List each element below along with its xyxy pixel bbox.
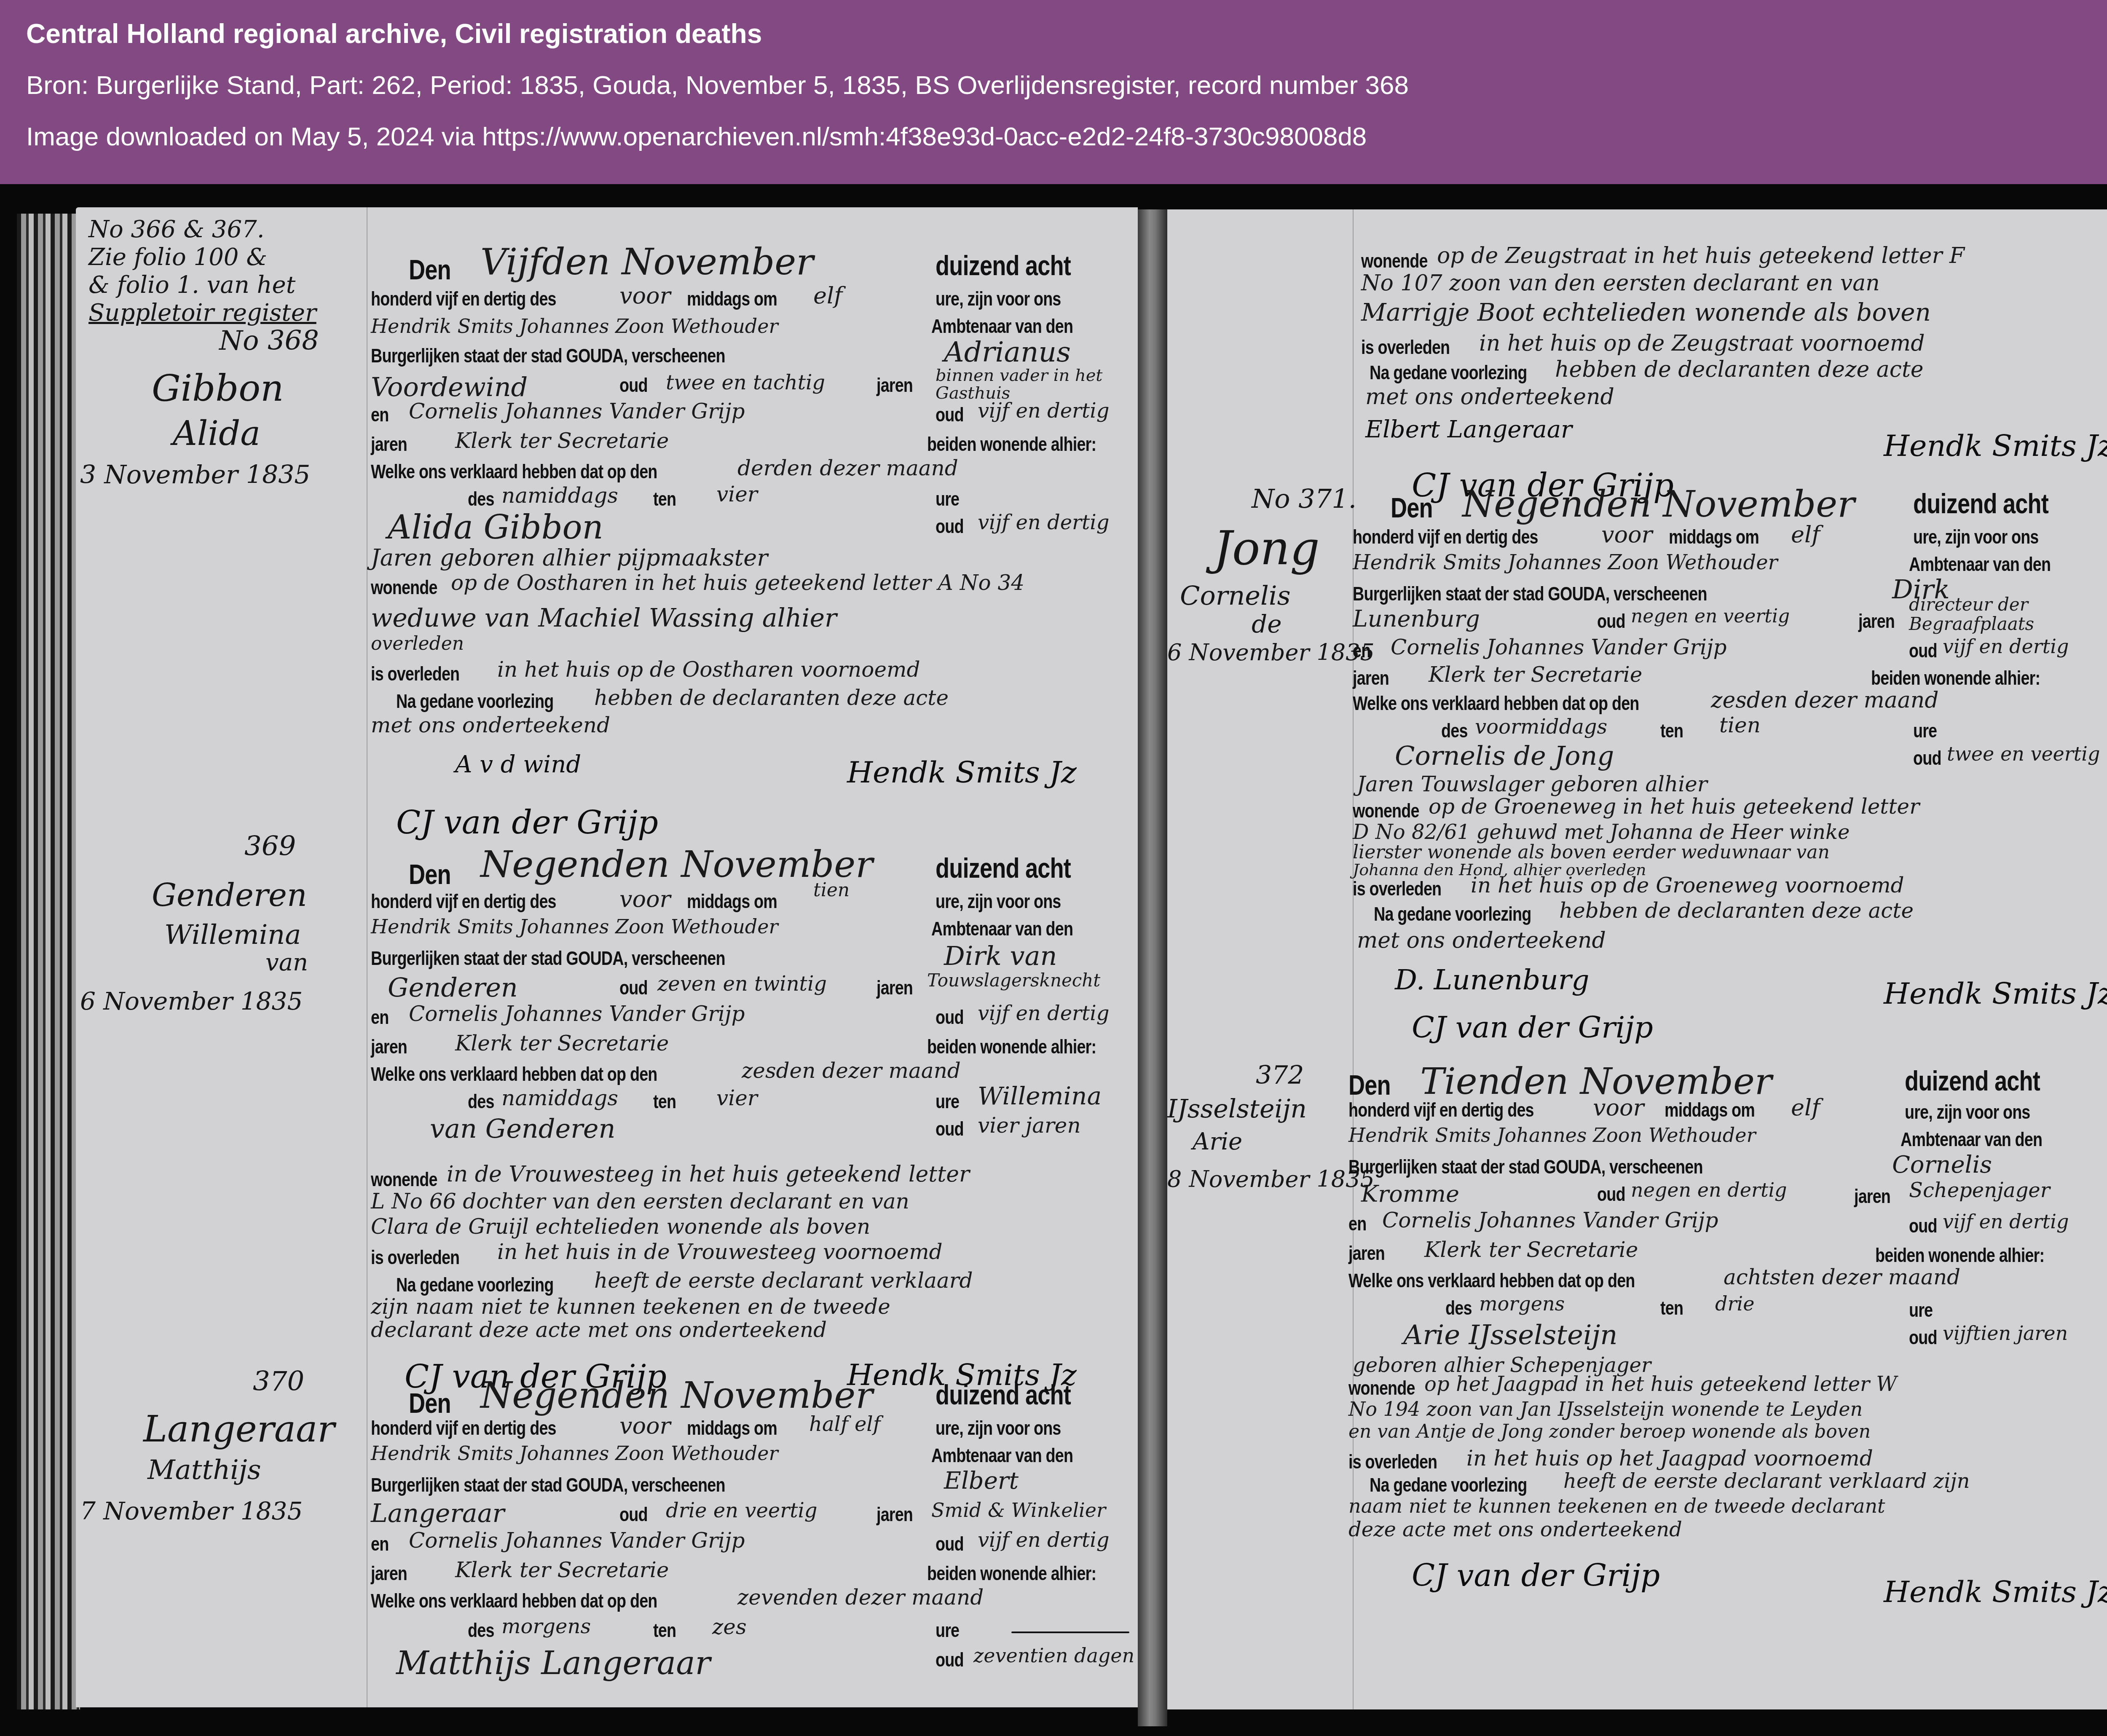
declarant1-surname: Genderen <box>388 972 518 1003</box>
form-text: oud <box>1909 639 1937 662</box>
form-text: Burgerlijken staat der stad GOUDA, versc… <box>371 947 725 970</box>
death-hour: drie <box>1715 1292 1754 1315</box>
margin-date: 7 November 1835 <box>80 1497 303 1525</box>
death-dagdeel: namiddags <box>501 1086 618 1110</box>
declarant1-occupation: binnen vader in het Gasthuis <box>936 367 1125 402</box>
form-text: Na gedane voorlezing <box>1370 361 1527 384</box>
form-text: wonende <box>371 1168 437 1191</box>
act-dagdeel: voor <box>619 886 670 912</box>
closing-text: hebben de declaranten deze acte <box>594 686 949 710</box>
form-text: ure <box>1909 1299 1933 1321</box>
record-number: 370 <box>253 1366 304 1397</box>
closing-text-2: met ons onderteekend <box>371 713 610 737</box>
margin-rule <box>367 207 367 1707</box>
download-note: Image downloaded on May 5, 2024 via http… <box>26 124 2107 150</box>
act-day: Negenden November <box>480 1374 873 1417</box>
form-text: ure, zijn voor ons <box>936 890 1061 913</box>
form-text: honderd vijf en dertig des <box>371 890 556 913</box>
form-text: en <box>1353 639 1370 662</box>
act-day: Vijfden November <box>480 241 813 283</box>
margin-given-name: Willemina <box>164 919 301 951</box>
form-text: Burgerlijken staat der stad GOUDA, versc… <box>371 344 725 367</box>
left-page-edges <box>17 214 80 1709</box>
declarant2-name: Cornelis Johannes Vander Grijp <box>1382 1208 1718 1232</box>
form-duizend-acht: duizend acht <box>936 852 1071 884</box>
declarant2-name: Cornelis Johannes Vander Grijp <box>1391 635 1727 659</box>
form-den: Den <box>1348 1069 1391 1101</box>
form-text: ure, zijn voor ons <box>1905 1101 2030 1123</box>
form-text: oud <box>619 976 648 999</box>
form-text: Welke ons verklaard hebben dat op den <box>371 460 657 483</box>
declarant2-occupation: Klerk ter Secretarie <box>1424 1238 1638 1262</box>
declarant1-name: Elbert <box>944 1467 1019 1495</box>
deceased-details: Jaren geboren alhier pijpmaakster <box>371 544 768 571</box>
margin-given-name: Cornelis <box>1180 580 1291 611</box>
form-text: Ambtenaar van den <box>1901 1128 2042 1151</box>
form-text: beiden wonende alhier: <box>1871 667 2040 689</box>
death-dagdeel: namiddags <box>501 483 618 508</box>
closing-text-2: naam niet te kunnen teekenen en de tweed… <box>1348 1495 1885 1517</box>
form-text: ure, zijn voor ons <box>936 1417 1061 1439</box>
form-text: middags om <box>687 1417 777 1439</box>
deceased-details: Jaren Touwslager geboren alhier <box>1357 772 1708 796</box>
right-page: 74 fl wonende op de Zeugstraat in het hu… <box>1167 209 2107 1709</box>
residence: op de Oostharen in het huis geteekend le… <box>451 571 1024 595</box>
form-text: honderd vijf en dertig des <box>371 1417 556 1439</box>
form-text: Na gedane voorlezing <box>396 690 553 713</box>
declarant1-age: drie en veertig <box>666 1499 818 1522</box>
form-text: wonende <box>1353 799 1419 822</box>
signature-clerk: CJ van der Grijp <box>1412 1010 1653 1045</box>
form-text: honderd vijf en dertig des <box>371 287 556 310</box>
form-den: Den <box>409 1387 451 1419</box>
form-den: Den <box>409 254 451 286</box>
declarant1-name: Dirk van <box>944 940 1057 971</box>
declarant1-occupation: Schepenjager <box>1909 1179 2050 1202</box>
declarant1-surname: Voordewind <box>371 372 528 402</box>
form-text: des <box>1441 719 1468 742</box>
form-text: jaren <box>1348 1242 1385 1264</box>
declarant2-age: vijf en dertig <box>978 1528 1109 1552</box>
form-duizend-acht: duizend acht <box>936 249 1071 281</box>
declarant1-surname: Langeraar <box>371 1499 504 1528</box>
form-text: des <box>468 488 494 510</box>
form-text: is overleden <box>1348 1450 1437 1473</box>
signature-declarant: D. Lunenburg <box>1395 964 1589 996</box>
form-text: jaren <box>1353 667 1389 689</box>
death-place: in het huis op het Jaagpad voornoemd <box>1466 1446 1873 1471</box>
record-number: 369 <box>244 831 296 862</box>
source-citation: Bron: Burgerlijke Stand, Part: 262, Peri… <box>26 72 2107 99</box>
form-text: ure, zijn voor ons <box>1913 525 2039 548</box>
form-text: ten <box>1660 1297 1683 1319</box>
residence: op de Groeneweg in het huis geteekend le… <box>1429 794 1919 819</box>
form-duizend-acht: duizend acht <box>936 1379 1071 1411</box>
form-text: jaren <box>1854 1185 1890 1208</box>
record-number: No 368 <box>219 325 319 356</box>
death-place: in het huis in de Vrouwesteeg voornoemd <box>497 1240 943 1264</box>
note-line: No 366 & 367. <box>88 216 316 244</box>
margin-surname: Jong <box>1214 521 1320 575</box>
record-number: 372 <box>1256 1061 1304 1090</box>
deceased-age: zeventien dagen <box>973 1644 1134 1667</box>
death-day: zevenden dezer maand <box>737 1585 984 1610</box>
official-name: Hendrik Smits Johannes Zoon Wethouder <box>371 915 778 938</box>
act-dagdeel: voor <box>1601 521 1652 548</box>
declarant1-occupation: directeur der Begraafplaats <box>1909 595 2103 634</box>
form-text: is overleden <box>1353 877 1441 900</box>
form-text: beiden wonende alhier: <box>927 1562 1096 1585</box>
official-name: Hendrik Smits Johannes Zoon Wethouder <box>1353 551 1778 574</box>
parent-line: L No 66 dochter van den eersten declaran… <box>371 1189 909 1214</box>
closing-text: heeft de eerste declarant verklaard zijn <box>1563 1469 1970 1493</box>
closing-text: hebben de declaranten deze acte <box>1559 898 1914 923</box>
form-text: beiden wonende alhier: <box>927 433 1096 455</box>
form-text: Burgerlijken staat der stad GOUDA, versc… <box>371 1473 725 1496</box>
death-hour: zes <box>712 1615 747 1639</box>
declarant1-age: negen en veertig <box>1631 605 1790 627</box>
death-dagdeel: morgens <box>501 1615 591 1638</box>
declarant1-surname: Kromme <box>1361 1181 1459 1207</box>
deceased-name: Alida Gibbon <box>388 509 603 547</box>
closing-text-2: zijn naam niet te kunnen teekenen en de … <box>371 1294 890 1319</box>
death-hour: vier <box>716 1086 758 1110</box>
form-text: en <box>371 1006 389 1029</box>
form-text: Burgerlijken staat der stad GOUDA, versc… <box>1348 1155 1703 1178</box>
form-text: des <box>468 1619 494 1642</box>
deceased-name: Matthijs Langeraar <box>396 1644 710 1682</box>
declarant2-occupation: Klerk ter Secretarie <box>455 1558 669 1582</box>
signature-official: Hendk Smits Jz <box>1884 1575 2107 1609</box>
margin-van: van <box>265 949 308 976</box>
form-text: middags om <box>1669 525 1759 548</box>
form-text: en <box>1348 1212 1366 1235</box>
form-text: oud <box>936 1006 964 1029</box>
form-text: ure <box>1913 719 1937 742</box>
deceased-name: van Genderen <box>430 1113 615 1144</box>
spouse-line: weduwe van Machiel Wassing alhier <box>371 603 837 633</box>
parent-line-2: Clara de Gruijl echtelieden wonende als … <box>371 1214 870 1239</box>
supplement-note: No 366 & 367. Zie folio 100 & & folio 1.… <box>88 216 316 327</box>
margin-date: 8 November 1835 <box>1167 1166 1375 1192</box>
declarant2-age: vijf en dertig <box>1943 635 2069 658</box>
form-text: jaren <box>1858 610 1895 632</box>
spouse-line-2: lierster wonende als boven eerder weduwn… <box>1353 841 1830 863</box>
closing-text-2: met ons onderteekend <box>1357 928 1606 953</box>
signature-official: Hendk Smits Jz <box>847 755 1077 790</box>
form-text: en <box>371 403 389 426</box>
form-text: des <box>1445 1297 1472 1319</box>
official-name: Hendrik Smits Johannes Zoon Wethouder <box>371 315 778 338</box>
declarant2-age: vijf en dertig <box>978 399 1109 423</box>
declarant1-occupation: Smid & Winkelier <box>931 1499 1106 1522</box>
form-text: Burgerlijken staat der stad GOUDA, versc… <box>1353 582 1707 605</box>
declarant2-name: Cornelis Johannes Vander Grijp <box>409 1002 745 1026</box>
declarant1-name: Cornelis <box>1892 1151 1992 1179</box>
margin-de: de <box>1252 610 1281 638</box>
form-text: Ambtenaar van den <box>931 1444 1073 1467</box>
form-text: Ambtenaar van den <box>931 315 1073 338</box>
form-text: oud <box>936 515 964 538</box>
form-text: oud <box>936 1117 964 1140</box>
form-text: Welke ons verklaard hebben dat op den <box>371 1589 657 1612</box>
margin-date: 6 November 1835 <box>80 987 303 1015</box>
spouse-line-2: overleden <box>371 633 464 654</box>
blank-dash <box>1011 1632 1129 1633</box>
margin-date: 6 November 1835 <box>1167 639 1375 666</box>
form-text: beiden wonende alhier: <box>1875 1244 2044 1267</box>
form-duizend-acht: duizend acht <box>1913 488 2048 520</box>
deceased-name: Arie IJsselsteijn <box>1403 1320 1617 1351</box>
death-place: in het huis op de Zeugstraat voornoemd <box>1479 331 1925 356</box>
form-text: oud <box>1597 610 1625 632</box>
death-place: in het huis op de Oostharen voornoemd <box>497 657 920 682</box>
declarant1-age: negen en dertig <box>1631 1179 1787 1201</box>
form-text: Welke ons verklaard hebben dat op den <box>1353 692 1639 715</box>
act-hour: tien <box>813 879 850 901</box>
death-hour: tien <box>1719 713 1761 737</box>
declarant2-occupation: Klerk ter Secretarie <box>1429 662 1642 687</box>
official-name: Hendrik Smits Johannes Zoon Wethouder <box>371 1442 778 1465</box>
deceased-age: vier jaren <box>978 1113 1081 1138</box>
archive-header: Central Holland regional archive, Civil … <box>0 0 2107 184</box>
act-hour: elf <box>1791 521 1820 548</box>
deceased-name: Cornelis de Jong <box>1395 740 1614 771</box>
form-text: ten <box>653 1090 676 1113</box>
form-text: honderd vijf en dertig des <box>1353 525 1538 548</box>
form-text: Na gedane voorlezing <box>1370 1473 1527 1496</box>
death-place: in het huis op de Groeneweg voornoemd <box>1471 873 1904 897</box>
parent-line-2: en van Antje de Jong zonder beroep wonen… <box>1348 1421 1871 1442</box>
margin-given-name: Alida <box>173 414 260 453</box>
form-duizend-acht: duizend acht <box>1905 1065 2040 1097</box>
form-text: is overleden <box>371 1246 459 1269</box>
death-day: zesden dezer maand <box>742 1058 961 1083</box>
form-text: wonende <box>1361 249 1428 272</box>
form-text: oud <box>619 374 648 396</box>
margin-surname: Gibbon <box>152 367 284 410</box>
closing-text-2: met ons onderteekend <box>1365 384 1614 410</box>
form-text: oud <box>1913 747 1941 769</box>
death-day: derden dezer maand <box>737 456 958 480</box>
death-day: achtsten dezer maand <box>1724 1265 1960 1289</box>
deceased-age: vijftien jaren <box>1943 1322 2068 1345</box>
form-den: Den <box>1391 492 1433 524</box>
declarant1-surname: Lunenburg <box>1353 605 1480 632</box>
form-text: ure, zijn voor ons <box>936 287 1061 310</box>
margin-rule <box>1353 209 1354 1709</box>
margin-surname: IJsselsteijn <box>1167 1094 1307 1124</box>
form-text: ure <box>936 1619 959 1642</box>
form-text: oud <box>1909 1214 1937 1237</box>
signature-clerk: CJ van der Grijp <box>396 804 658 841</box>
margin-given-name: Arie <box>1193 1128 1242 1155</box>
form-text: oud <box>1909 1326 1937 1349</box>
form-text: honderd vijf en dertig des <box>1348 1098 1534 1121</box>
residence: op de Zeugstraat in het huis geteekend l… <box>1437 243 1965 268</box>
form-text: oud <box>936 1648 964 1671</box>
act-dagdeel: voor <box>619 1412 670 1439</box>
signature-official: Hendk Smits Jz <box>1884 429 2107 463</box>
deceased-given-name: Willemina <box>978 1082 1102 1110</box>
declarant1-name: Adrianus <box>944 336 1071 368</box>
margin-surname: Genderen <box>152 877 307 914</box>
form-text: oud <box>936 403 964 426</box>
declarant2-age: vijf en dertig <box>978 1002 1109 1025</box>
declarant2-age: vijf en dertig <box>1943 1210 2069 1233</box>
margin-given-name: Matthijs <box>147 1455 261 1486</box>
form-text: ure <box>936 488 959 510</box>
form-text: middags om <box>687 890 777 913</box>
form-text: des <box>468 1090 494 1113</box>
parent-line: No 194 zoon van Jan IJsselsteijn wonende… <box>1348 1398 1863 1420</box>
form-text: middags om <box>1665 1098 1755 1121</box>
residence: in de Vrouwesteeg in het huis geteekend … <box>447 1162 970 1187</box>
deceased-age: vijf en dertig <box>978 511 1109 534</box>
register-scan: No 366 & 367. Zie folio 100 & & folio 1.… <box>0 184 2107 1736</box>
form-text: oud <box>619 1503 648 1526</box>
form-text: Ambtenaar van den <box>1909 553 2051 576</box>
form-text: wonende <box>371 576 437 599</box>
act-hour: half elf <box>809 1412 880 1436</box>
form-den: Den <box>409 858 451 890</box>
form-text: en <box>371 1532 389 1555</box>
margin-date: 3 November 1835 <box>80 460 311 490</box>
act-dagdeel: voor <box>619 282 670 309</box>
note-line: Zie folio 100 & <box>88 244 316 271</box>
act-dagdeel: voor <box>1593 1094 1644 1121</box>
form-text: jaren <box>877 1503 913 1526</box>
form-text: beiden wonende alhier: <box>927 1035 1096 1058</box>
act-day: Negenden November <box>1462 483 1855 525</box>
death-dagdeel: morgens <box>1479 1292 1565 1315</box>
form-text: ten <box>653 488 676 510</box>
form-text: jaren <box>877 976 913 999</box>
record-number: No 371. <box>1252 483 1356 514</box>
closing-text: hebben de declaranten deze acte <box>1555 357 1924 382</box>
closing-text-3: deze acte met ons onderteekend <box>1348 1518 1682 1541</box>
form-text: oud <box>1597 1183 1625 1206</box>
parent-line-2: Marrigje Boot echtelieden wonende als bo… <box>1361 298 1931 327</box>
archive-title: Central Holland regional archive, Civil … <box>26 20 2107 47</box>
left-page: No 366 & 367. Zie folio 100 & & folio 1.… <box>76 207 1138 1707</box>
declarant2-name: Cornelis Johannes Vander Grijp <box>409 399 745 423</box>
form-text: Ambtenaar van den <box>931 917 1073 940</box>
form-text: wonende <box>1348 1377 1415 1399</box>
form-text: jaren <box>371 1562 407 1585</box>
form-text: middags om <box>687 287 777 310</box>
act-hour: elf <box>1791 1094 1820 1121</box>
declarant1-occupation: Touwslagersknecht <box>927 970 1100 991</box>
form-text: oud <box>936 1532 964 1555</box>
form-text: is overleden <box>371 662 459 685</box>
form-text: jaren <box>371 433 407 455</box>
declarant2-name: Cornelis Johannes Vander Grijp <box>409 1528 745 1553</box>
form-text: Welke ons verklaard hebben dat op den <box>371 1063 657 1085</box>
closing-text: heeft de eerste declarant verklaard <box>594 1268 973 1293</box>
death-hour: vier <box>716 482 758 506</box>
form-text: ten <box>653 1619 676 1642</box>
signature-official: Hendk Smits Jz <box>1884 976 2107 1011</box>
death-dagdeel: voormiddags <box>1475 715 1607 739</box>
form-text: ten <box>1660 719 1683 742</box>
death-day: zesden dezer maand <box>1711 688 1939 713</box>
form-text: jaren <box>877 374 913 396</box>
form-text: is overleden <box>1361 336 1450 359</box>
deceased-age: twee en veertig <box>1947 742 2100 765</box>
closing-text-3: declarant deze acte met ons onderteekend <box>371 1318 827 1342</box>
signature-declarant: Elbert Langeraar <box>1365 416 1572 443</box>
form-text: ure <box>936 1090 959 1113</box>
signature-declarant: A v d wind <box>455 751 581 778</box>
act-hour: elf <box>813 282 842 309</box>
note-line: Suppletoir register <box>88 299 316 327</box>
signature-clerk: CJ van der Grijp <box>1412 1558 1660 1593</box>
residence: op het Jaagpad in het huis geteekend let… <box>1424 1372 1897 1396</box>
book-gutter <box>1138 209 1167 1726</box>
official-name: Hendrik Smits Johannes Zoon Wethouder <box>1348 1124 1756 1147</box>
spouse-line: D No 82/61 gehuwd met Johanna de Heer wi… <box>1353 820 1850 844</box>
declarant2-occupation: Klerk ter Secretarie <box>455 1031 669 1056</box>
parent-line: No 107 zoon van den eersten declarant en… <box>1361 271 1880 296</box>
note-line: & folio 1. van het <box>88 271 316 299</box>
margin-surname: Langeraar <box>143 1408 335 1450</box>
declarant1-age: twee en tachtig <box>666 371 825 394</box>
form-text: Na gedane voorlezing <box>1374 903 1531 925</box>
declarant1-age: zeven en twintig <box>657 972 827 996</box>
form-text: jaren <box>371 1035 407 1058</box>
form-text: Na gedane voorlezing <box>396 1273 553 1296</box>
declarant2-occupation: Klerk ter Secretarie <box>455 429 669 453</box>
form-text: Welke ons verklaard hebben dat op den <box>1348 1269 1635 1292</box>
